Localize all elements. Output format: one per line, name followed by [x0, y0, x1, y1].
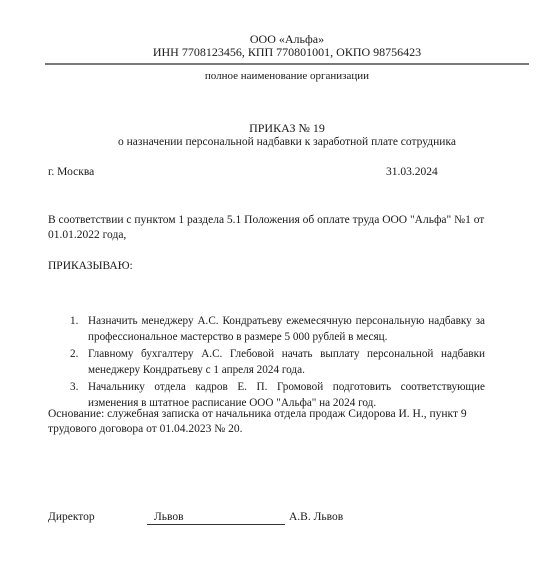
organization-codes: ИНН 7708123456, КПП 770801001, ОКПО 9875…	[0, 45, 550, 59]
order-subject: о назначении персональной надбавки к зар…	[0, 135, 550, 149]
order-item: 1. Назначить менеджеру А.С. Кондратьеву …	[70, 313, 485, 345]
order-basis: Основание: служебная записка от начальни…	[48, 407, 488, 437]
order-items-list: 1. Назначить менеджеру А.С. Кондратьеву …	[70, 313, 485, 412]
order-item-text: Главному бухгалтеру А.С. Глебовой начать…	[88, 346, 485, 378]
signatory-role: Директор	[48, 510, 95, 524]
order-title: ПРИКАЗ № 19	[0, 121, 550, 135]
organization-name: ООО «Альфа»	[0, 32, 550, 46]
order-preamble: В соответствии с пунктом 1 раздела 5.1 П…	[48, 213, 488, 243]
order-directive-word: ПРИКАЗЫВАЮ:	[48, 259, 133, 273]
order-city: г. Москва	[48, 165, 94, 179]
order-item-number: 1.	[70, 313, 78, 329]
order-item: 2. Главному бухгалтеру А.С. Глебовой нач…	[70, 346, 485, 378]
order-date: 31.03.2024	[386, 165, 438, 179]
order-item-number: 2.	[70, 346, 78, 362]
signature-line	[147, 524, 285, 525]
organization-caption: полное наименование организации	[0, 69, 550, 83]
signatory-name: А.В. Львов	[289, 510, 343, 524]
organization-divider	[45, 63, 529, 65]
signature: Львов	[154, 510, 184, 524]
order-item-number: 3.	[70, 379, 78, 395]
order-item-text: Назначить менеджеру А.С. Кондратьеву еже…	[88, 313, 485, 345]
